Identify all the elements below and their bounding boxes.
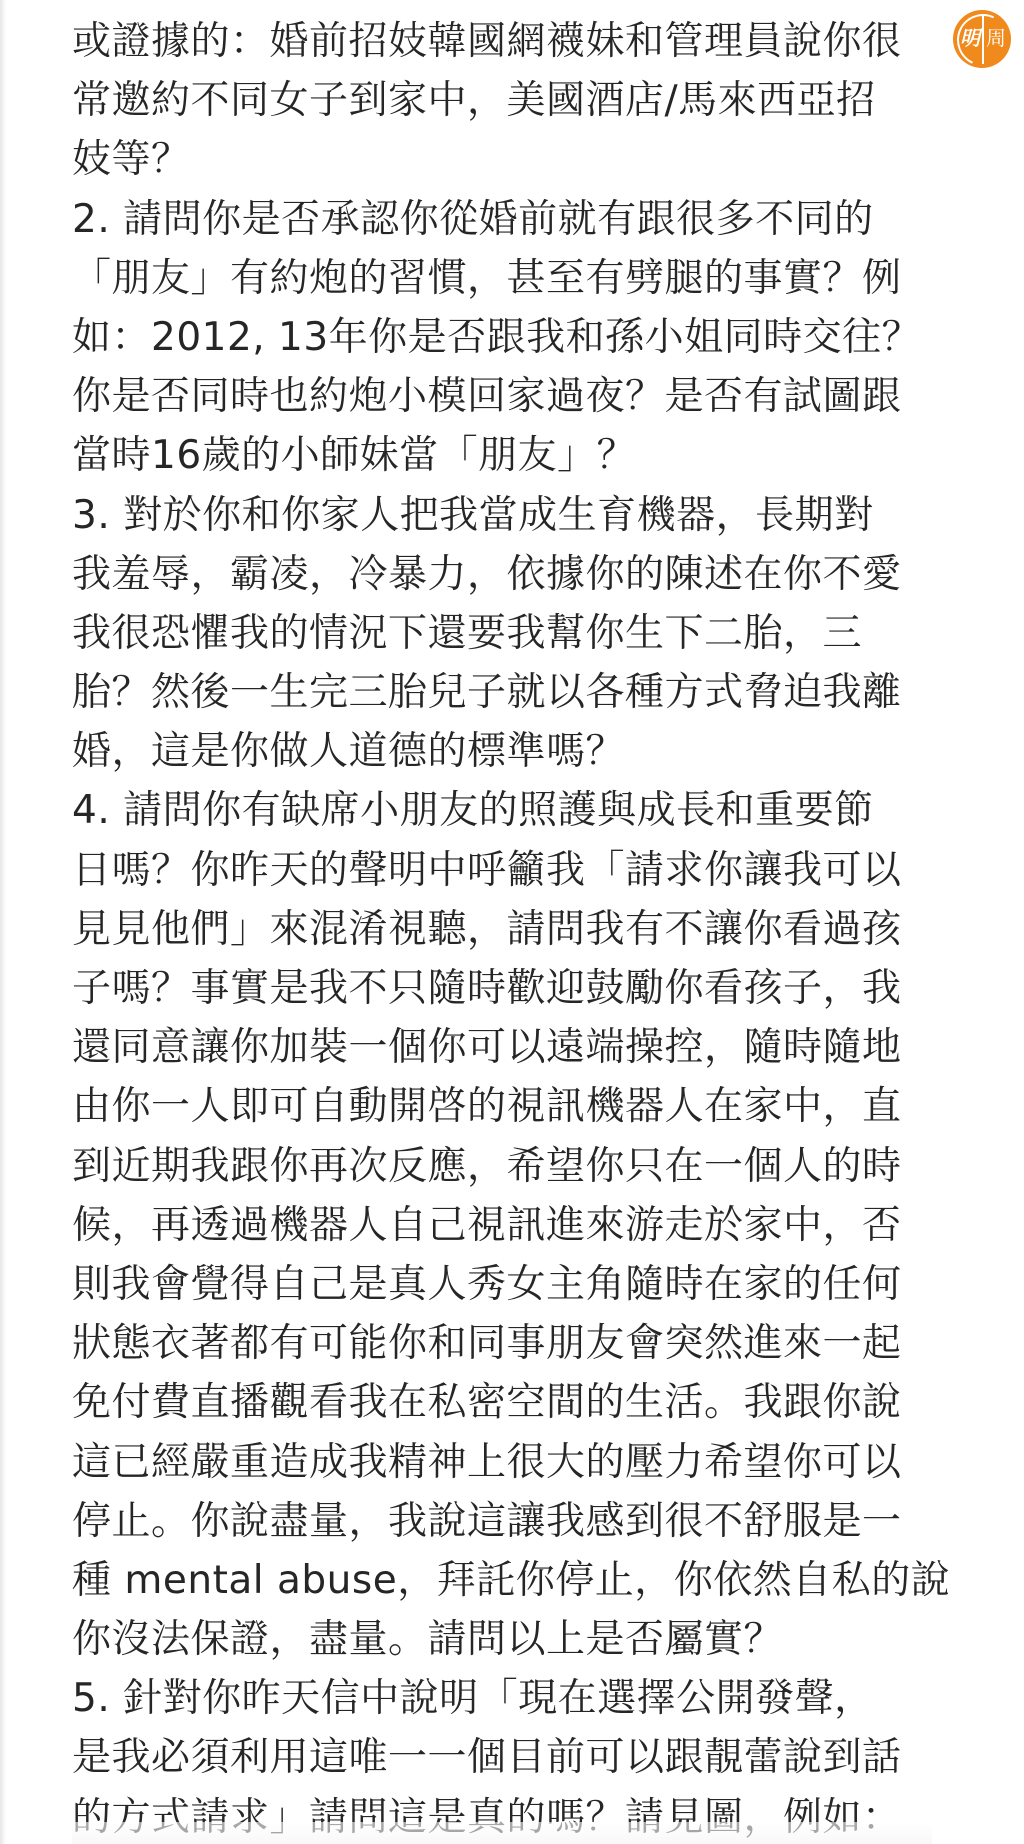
- text-line: 妓等？: [72, 130, 972, 189]
- text-line: 是我必須利用這唯一一個目前可以跟靚蕾說到話: [72, 1728, 972, 1787]
- text-line: 我羞辱，霸凌，冷暴力，依據你的陳述在你不愛: [72, 545, 972, 604]
- text-line: 種 mental abuse，拜託你停止，你依然自私的說: [72, 1551, 972, 1610]
- question-4-line: 4. 請問你有缺席小朋友的照護與成長和重要節: [72, 781, 972, 840]
- text-line: 由你一人即可自動開啓的視訊機器人在家中，直: [72, 1077, 972, 1136]
- text-line: 胎？然後一生完三胎兒子就以各種方式脅迫我離: [72, 663, 972, 722]
- text-line: 你是否同時也約炮小模回家過夜？是否有試圖跟: [72, 367, 972, 426]
- logo-char-left: 明: [959, 24, 981, 52]
- text-line: 子嗎？事實是我不只隨時歡迎鼓勵你看孩子，我: [72, 959, 972, 1018]
- logo-char-right: 周: [984, 24, 1008, 52]
- question-3-line: 3. 對於你和你家人把我當成生育機器，長期對: [72, 486, 972, 545]
- question-2-line: 2. 請問你是否承認你從婚前就有跟很多不同的: [72, 190, 972, 249]
- mingpao-weekly-logo-icon: 明 周: [953, 10, 1011, 68]
- page-edge-shadow: [0, 0, 6, 1844]
- text-line: 免付費直播觀看我在私密空間的生活。我跟你說: [72, 1373, 972, 1432]
- text-line: 如：2012, 13年你是否跟我和孫小姐同時交往？: [72, 308, 972, 367]
- question-5-line: 5. 針對你昨天信中說明「現在選擇公開發聲，: [72, 1669, 972, 1728]
- text-line: 還同意讓你加裝一個你可以遠端操控，隨時隨地: [72, 1018, 972, 1077]
- text-line: 「朋友」有約炮的習慣，甚至有劈腿的事實？例: [72, 249, 972, 308]
- text-line: 日嗎？你昨天的聲明中呼籲我「請求你讓我可以: [72, 841, 972, 900]
- text-line: 或證據的：婚前招妓韓國網襪妹和管理員說你很: [72, 12, 972, 71]
- text-line: 當時16歲的小師妹當「朋友」？: [72, 426, 972, 485]
- text-line: 婚，這是你做人道德的標準嗎？: [72, 722, 972, 781]
- text-line: 狀態衣著都有可能你和同事朋友會突然進來一起: [72, 1314, 972, 1373]
- text-line: 常邀約不同女子到家中，美國酒店/馬來西亞招: [72, 71, 972, 130]
- text-line: 則我會覺得自己是真人秀女主角隨時在家的任何: [72, 1255, 972, 1314]
- text-line: 這已經嚴重造成我精神上很大的壓力希望你可以: [72, 1433, 972, 1492]
- cut-off-next-line: [72, 1822, 932, 1844]
- text-line: 見見他們」來混淆視聽，請問我有不讓你看過孩: [72, 900, 972, 959]
- document-body: 或證據的：婚前招妓韓國網襪妹和管理員說你很 常邀約不同女子到家中，美國酒店/馬來…: [72, 12, 972, 1844]
- text-line: 我很恐懼我的情況下還要我幫你生下二胎，三: [72, 604, 972, 663]
- text-line: 到近期我跟你再次反應，希望你只在一個人的時: [72, 1137, 972, 1196]
- text-line: 停止。你說盡量，我說這讓我感到很不舒服是一: [72, 1492, 972, 1551]
- text-line: 候，再透過機器人自己視訊進來游走於家中，否: [72, 1196, 972, 1255]
- text-line: 你沒法保證，盡量。請問以上是否屬實？: [72, 1610, 972, 1669]
